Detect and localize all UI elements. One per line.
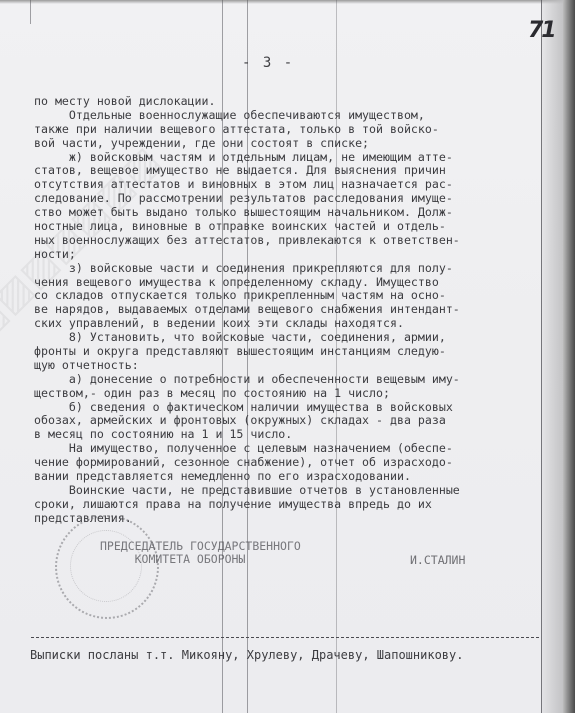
scan-right-edge (563, 0, 575, 713)
body-line: по месту новой дислокации. (34, 95, 544, 109)
scan-artifact-line (30, 0, 31, 24)
signature-title-line-1: ПРЕДСЕДАТЕЛЬ ГОСУДАРСТВЕННОГО (100, 539, 301, 553)
body-line: 8) Установить, что войсковые части, соед… (34, 331, 544, 345)
body-line: чения вещевого имущества к определенному… (34, 276, 544, 290)
page-marker: - 3 - (242, 55, 294, 71)
body-line: ществом,- один раз в месяц по состоянию … (34, 387, 544, 401)
body-line: з) войсковые части и соединения прикрепл… (34, 262, 544, 276)
body-line: ж) войсковым частям и отдельным лицам, н… (34, 151, 544, 165)
body-line: На имущество, полученное с целевым назна… (34, 442, 544, 456)
body-line: фронты и округа представляют вышестоящим… (34, 345, 544, 359)
body-line: а) донесение о потребности и обеспеченно… (34, 373, 544, 387)
body-line: ских управлений, в ведении коих эти скла… (34, 317, 544, 331)
body-line: ство может быть выдано только вышестоящи… (34, 206, 544, 220)
body-line: со складов отпускается только прикреплен… (34, 289, 544, 303)
body-line: следование. По рассмотрении результатов … (34, 192, 544, 206)
distribution-note: Выписки посланы т.т. Микояну, Хрулеву, Д… (30, 648, 463, 662)
body-line: вании представляется немедленно по его и… (34, 470, 544, 484)
body-line: ве нарядов, выдаваемых отделами вещевого… (34, 303, 544, 317)
signature-title-line-2: КОМИТЕТА ОБОРОНЫ (100, 552, 245, 566)
scan-top-shadow (0, 0, 575, 4)
body-line: ностные лица, виновные в отправке воинск… (34, 220, 544, 234)
body-line: ности; (34, 248, 544, 262)
footer-divider (31, 637, 539, 638)
document-page: ▨▨▨▨▨▨▨ 71 - 3 - по месту новой дислокац… (0, 0, 575, 713)
body-line: отсутствия аттестатов и виновных в этом … (34, 178, 544, 192)
body-line: в месяц по состоянию на 1 и 15 число. (34, 428, 544, 442)
archive-page-number: 71 (528, 18, 555, 43)
signature-title: ПРЕДСЕДАТЕЛЬ ГОСУДАРСТВЕННОГО КОМИТЕТА О… (100, 540, 301, 566)
body-line: Отдельные военнослужащие обеспечиваются … (34, 109, 544, 123)
body-line: ных военнослужащих без аттестатов, привл… (34, 234, 544, 248)
body-line: обозах, армейских и фронтовых (окружных)… (34, 414, 544, 428)
body-line: статов, вещевое имущество не выдается. Д… (34, 164, 544, 178)
body-line: вой части, учреждении, где они состоят в… (34, 137, 544, 151)
body-line: б) сведения о фактическом наличии имущес… (34, 401, 544, 415)
signatory-name: И.СТАЛИН (410, 553, 465, 567)
body-line: сроки, лишаются права на получение имуще… (34, 498, 544, 512)
document-body: по месту новой дислокации. Отдельные вое… (34, 95, 544, 526)
body-line: также при наличии вещевого аттестата, то… (34, 123, 544, 137)
body-line: чение формирований, сезонное снабжение),… (34, 456, 544, 470)
body-line: щую отчетность: (34, 359, 544, 373)
page-right-margin (541, 0, 563, 713)
body-line: Воинские части, не представившие отчетов… (34, 484, 544, 498)
